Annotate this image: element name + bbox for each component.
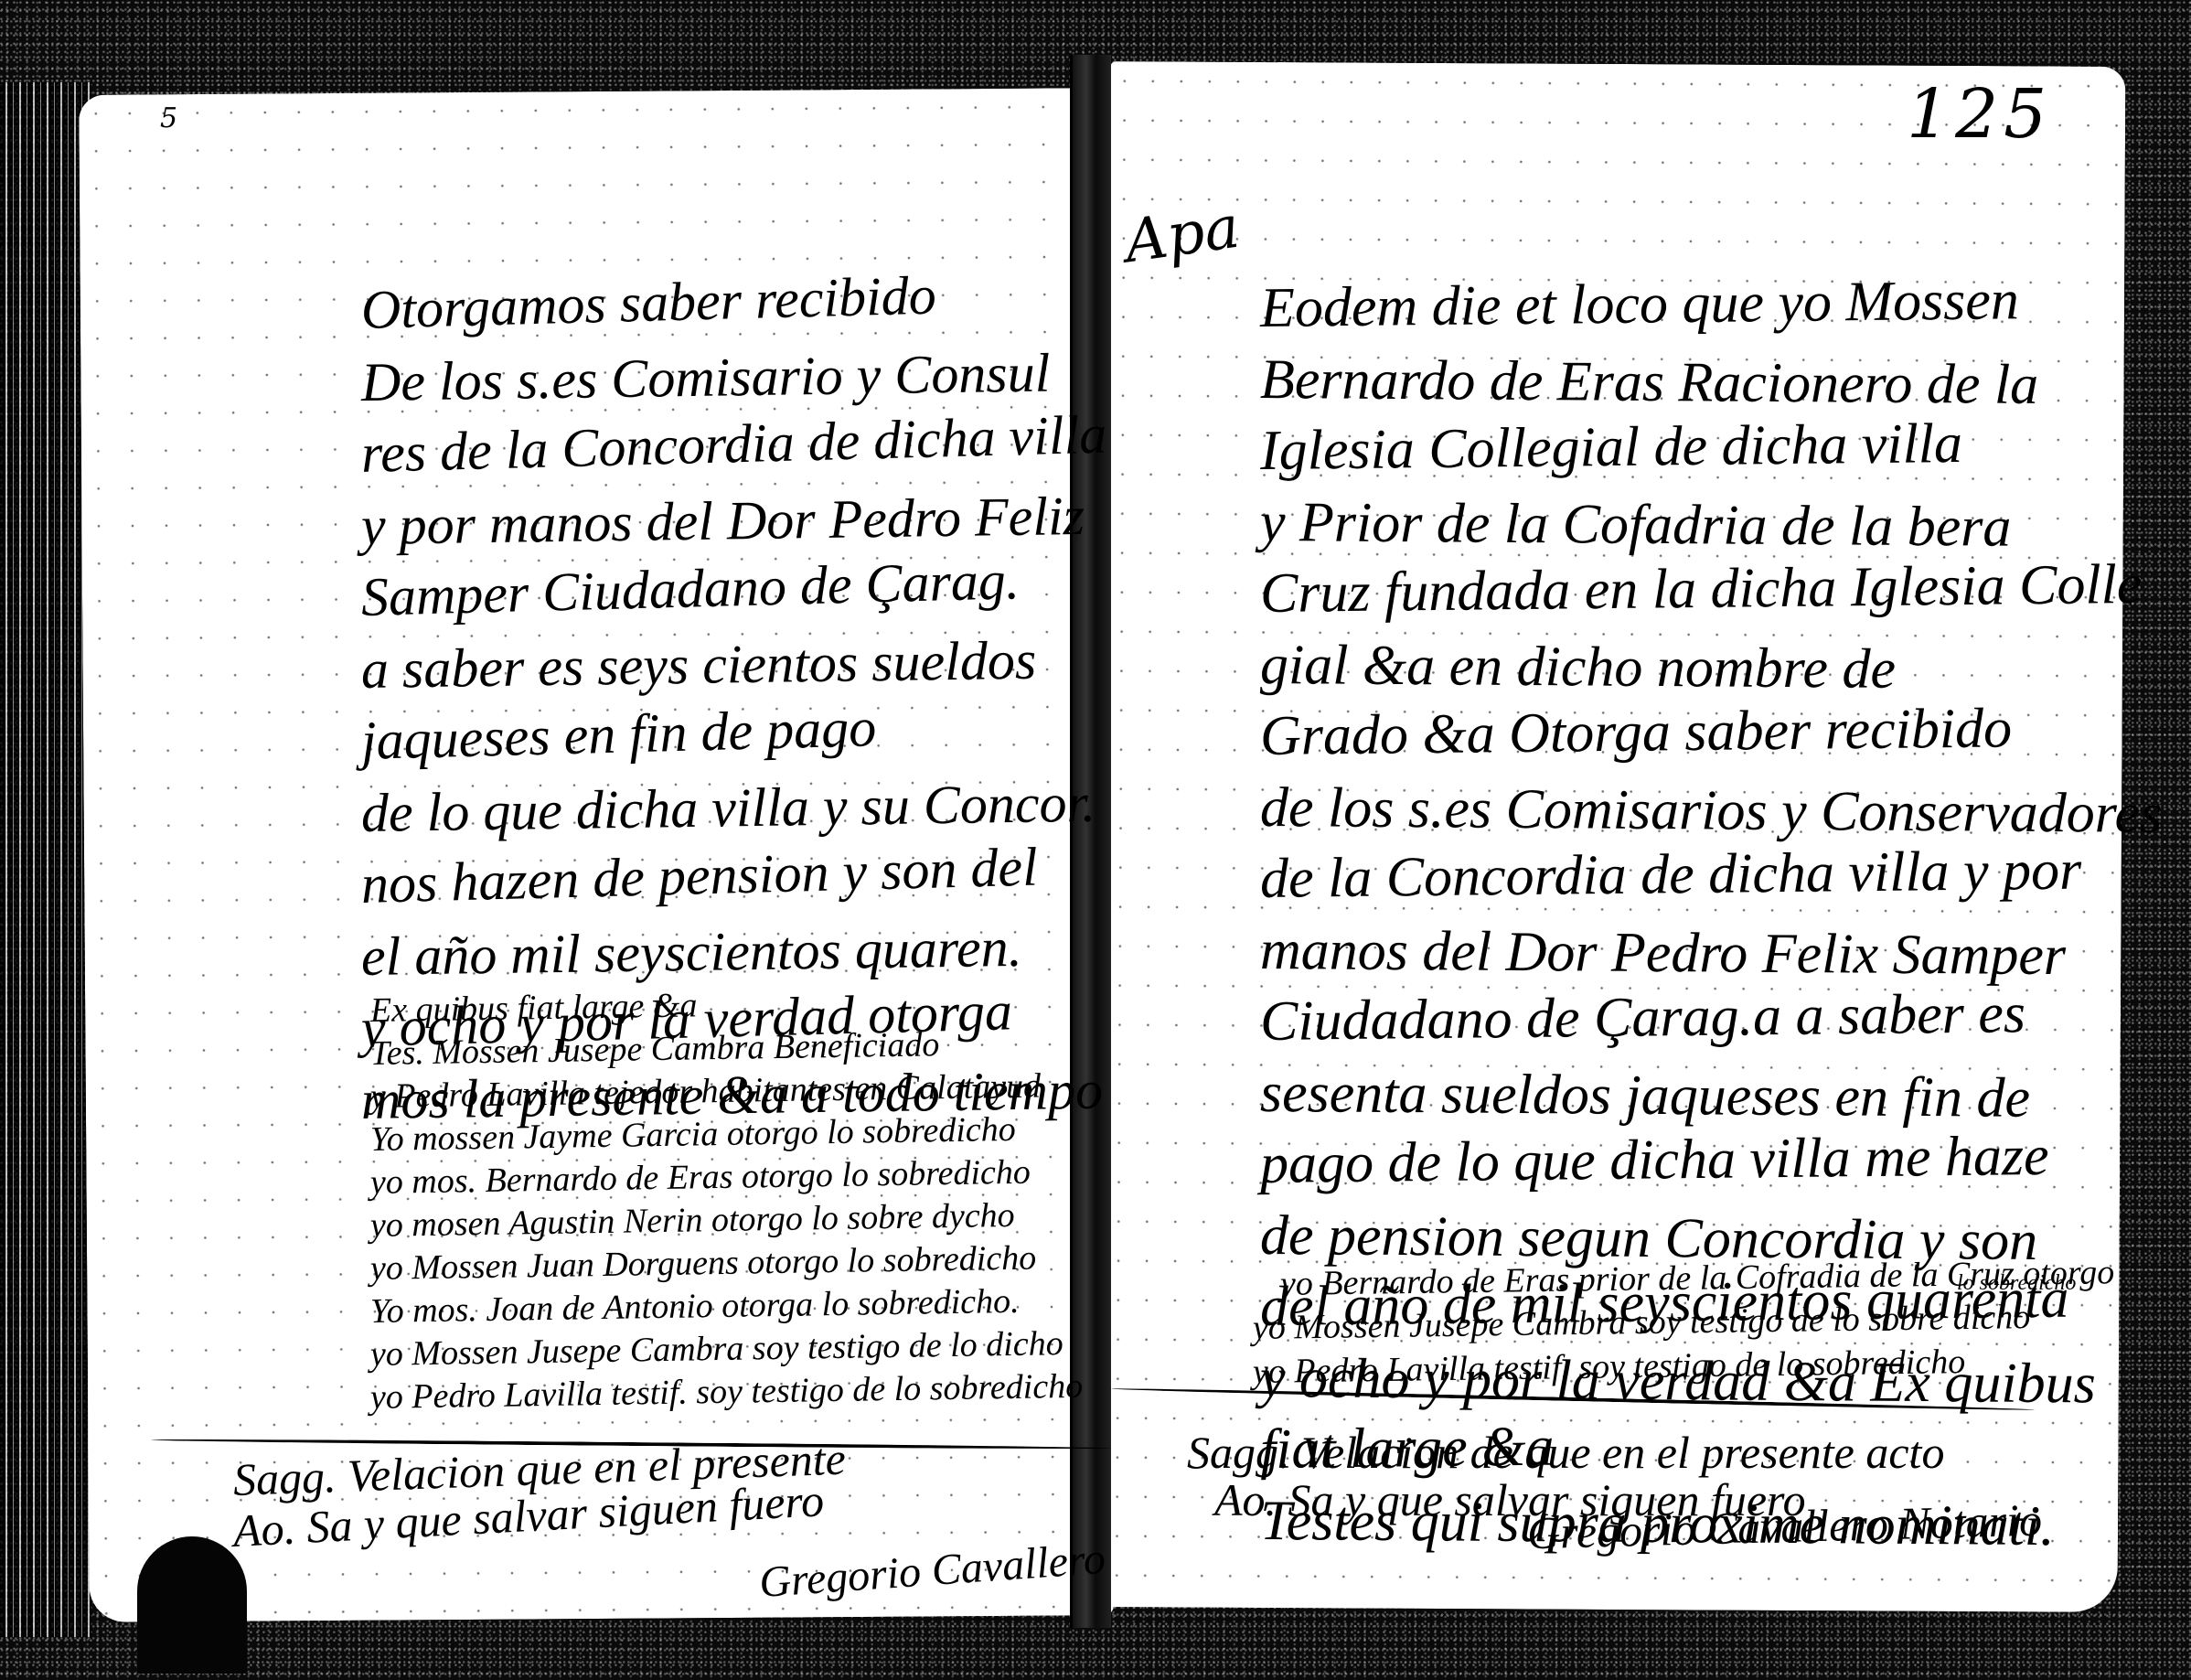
book-edge-shadow — [0, 82, 91, 1637]
text-line: Iglesia Collegial de dicha villa — [1260, 406, 2163, 487]
text-line: Grado &a Otorga saber recibido — [1260, 691, 2163, 772]
text-line: Ciudadano de Çarag.a a saber es — [1260, 977, 2163, 1057]
left-witness-block: Ex quibus fiat large &a Tes. Mossen Juse… — [370, 990, 1083, 1419]
text-line: pago de lo que dicha villa me haze — [1260, 1119, 2163, 1200]
text-line: de la Concordia de dicha villa y por — [1260, 834, 2163, 915]
left-folio-mark: 5 — [160, 102, 177, 134]
right-witness-superscript: lo sobredicho — [1957, 1271, 2076, 1296]
text-line: Cruz fundada en la dicha Iglesia Colle — [1260, 549, 2163, 629]
right-folio-number: 125 — [1907, 75, 2052, 154]
footer-line: Sagg. Velacion de que en el presente act… — [1187, 1429, 1944, 1476]
left-footer-note: Sagg. Velacion que en el presente Ao. Sa… — [233, 1454, 846, 1557]
page-damage-stain — [137, 1536, 247, 1674]
text-line: Eodem die et loco que yo Mossen — [1260, 263, 2163, 344]
